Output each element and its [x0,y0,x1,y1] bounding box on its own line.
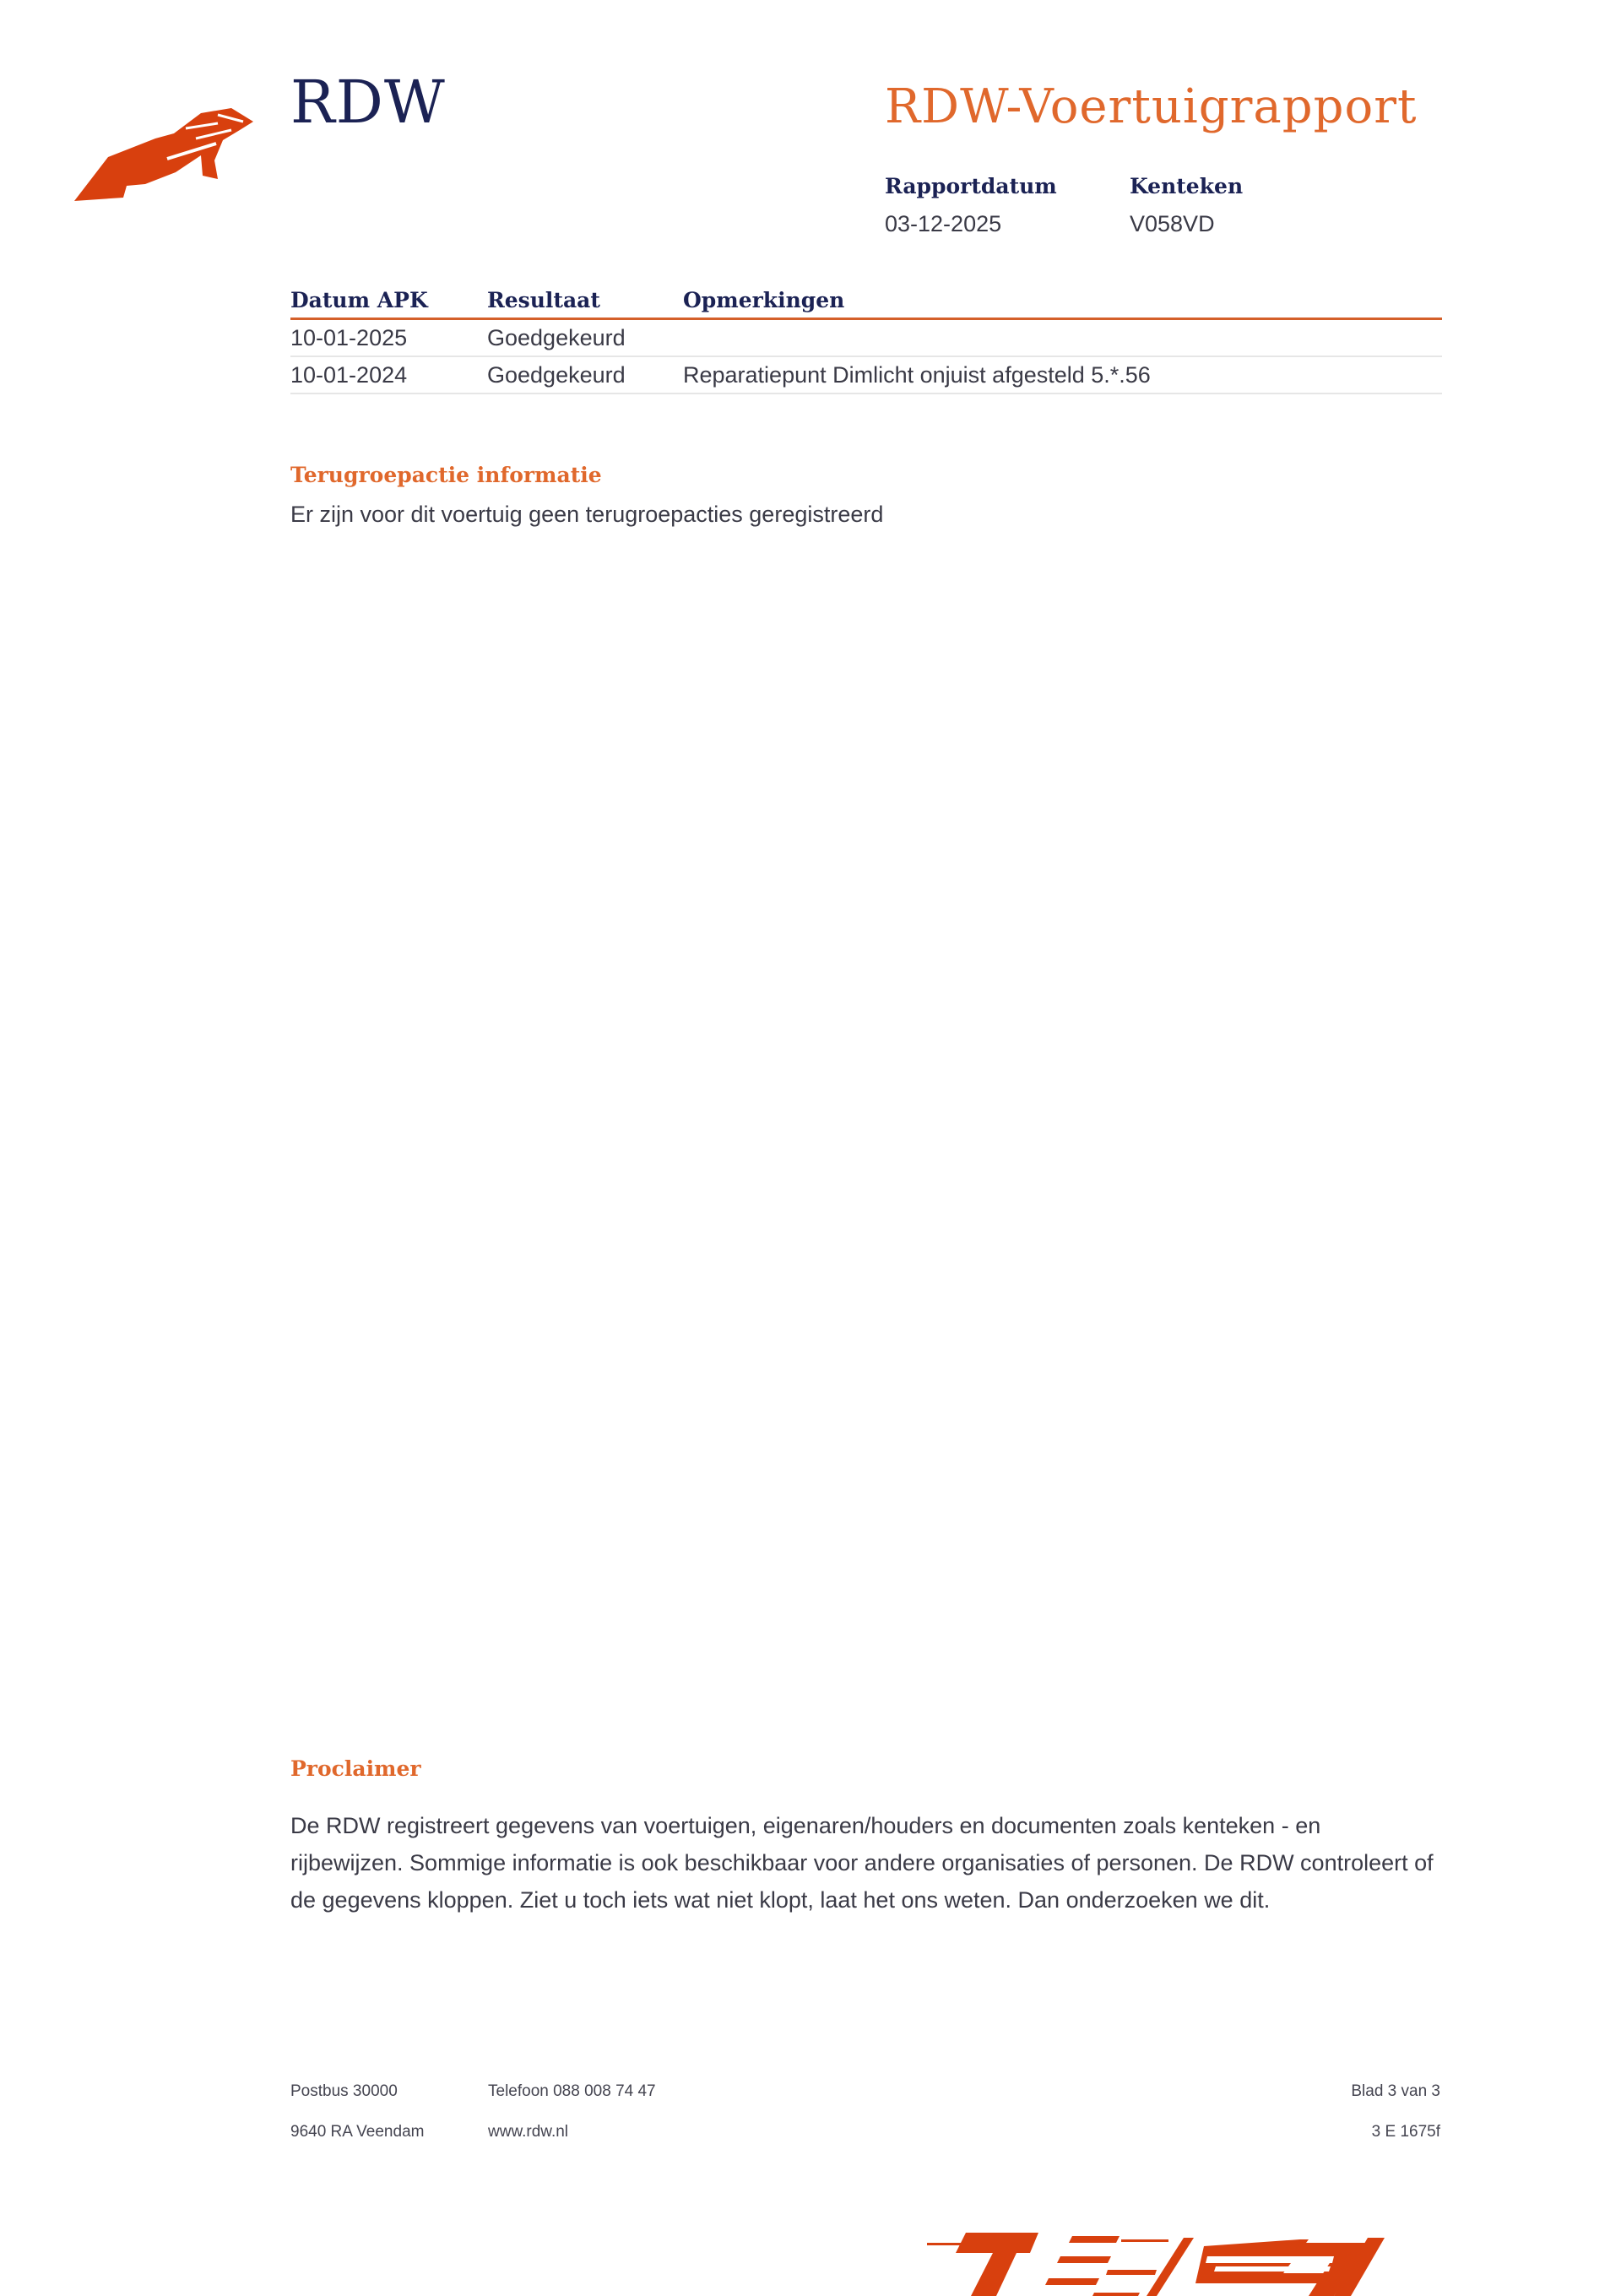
proclaimer-heading: Proclaimer [290,1756,421,1781]
column-header-result: Resultaat [487,288,683,312]
proclaimer-text: De RDW registreert gegevens van voertuig… [290,1807,1439,1919]
footer-website-link[interactable]: www.rdw.nl [488,2123,568,2141]
footer-document-code: 3 E 1675f [1372,2123,1440,2141]
cell-date: 10-01-2025 [290,325,487,351]
footer-phone: Telefoon 088 008 74 47 [488,2082,656,2101]
column-header-remarks: Opmerkingen [683,288,1442,312]
apk-table: Datum APK Resultaat Opmerkingen 10-01-20… [290,282,1442,394]
report-date-label: Rapportdatum [885,174,1057,198]
table-header: Datum APK Resultaat Opmerkingen [290,282,1442,320]
table-row: 10-01-2024 Goedgekeurd Reparatiepunt Dim… [290,357,1442,394]
cell-date: 10-01-2024 [290,362,487,388]
rdw-speed-lines-icon [912,2196,1621,2296]
recall-heading: Terugroepactie informatie [290,463,602,487]
report-date-value: 03-12-2025 [885,211,1001,237]
footer-page-number: Blad 3 van 3 [1351,2082,1440,2101]
brand-name: RDW [290,68,446,137]
rdw-bird-logo-icon [74,105,262,204]
column-header-date: Datum APK [290,288,487,312]
table-row: 10-01-2025 Goedgekeurd [290,320,1442,357]
cell-result: Goedgekeurd [487,362,683,388]
footer-address: 9640 RA Veendam [290,2123,424,2141]
plate-label: Kenteken [1130,174,1243,198]
cell-remarks: Reparatiepunt Dimlicht onjuist afgesteld… [683,362,1442,388]
cell-result: Goedgekeurd [487,325,683,351]
footer-postbus: Postbus 30000 [290,2082,398,2101]
recall-text: Er zijn voor dit voertuig geen terugroep… [290,502,883,528]
plate-value: V058VD [1130,211,1215,237]
page-title: RDW-Voertuigrapport [885,79,1418,134]
